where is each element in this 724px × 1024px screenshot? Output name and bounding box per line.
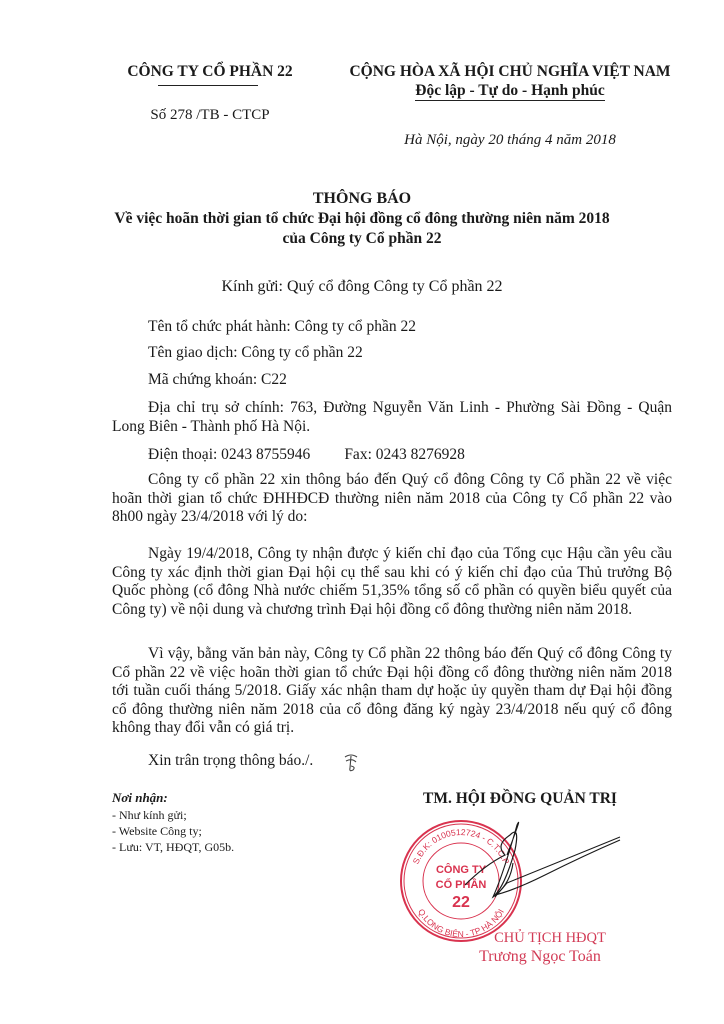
issuer-line: Tên tổ chức phát hành: Công ty cổ phần 2… [148,318,416,336]
board-signatory-title: TM. HỘI ĐỒNG QUẢN TRỊ [400,790,640,808]
contact-line: Điện thoại: 0243 8755946Fax: 0243 827692… [148,446,465,464]
chairman-name: Trương Ngọc Toán [440,948,640,966]
recipients-label: Nơi nhận: [112,790,168,806]
company-name: CÔNG TY CỔ PHẦN 22 [110,63,310,81]
address-line: Địa chỉ trụ sở chính: 763, Đường Nguyễn … [112,398,672,436]
motto-text: Độc lập - Tự do - Hạnh phúc [415,82,604,101]
national-motto: Độc lập - Tự do - Hạnh phúc [340,82,680,100]
company-name-underline [158,85,258,86]
document-subtitle: Về việc hoãn thời gian tổ chức Đại hội đ… [60,209,664,249]
handwritten-signature [465,815,625,925]
body-paragraph-2: Ngày 19/4/2018, Công ty nhận được ý kiến… [112,545,672,619]
subtitle-line-1: Về việc hoãn thời gian tổ chức Đại hội đ… [60,209,664,229]
document-number: Số 278 /TB - CTCP [110,107,310,124]
phone-number: Điện thoại: 0243 8755946 [148,446,310,463]
national-title: CỘNG HÒA XÃ HỘI CHỦ NGHĨA VIỆT NAM [340,63,680,81]
place-date: Hà Nội, ngày 20 tháng 4 năm 2018 [340,132,680,149]
initial-scribble-icon [342,752,360,774]
fax-number: Fax: 0243 8276928 [344,446,465,463]
body-paragraph-3: Vì vậy, bằng văn bản này, Công ty Cổ phầ… [112,645,672,738]
body-paragraph-1: Công ty cổ phần 22 xin thông báo đến Quý… [112,471,672,527]
recipient-item: - Lưu: VT, HĐQT, G05b. [112,840,234,855]
recipient-item: - Như kính gửi; [112,808,187,823]
closing-line: Xin trân trọng thông báo./. [148,752,313,770]
recipient-item: - Website Công ty; [112,824,202,839]
trade-name-line: Tên giao dịch: Công ty cổ phần 22 [148,344,363,362]
handwritten-initial [342,752,360,779]
subtitle-line-2: của Công ty Cổ phần 22 [60,229,664,249]
salutation: Kính gửi: Quý cổ đông Công ty Cổ phần 22 [60,278,664,296]
stock-code-line: Mã chứng khoán: C22 [148,371,287,389]
document-title: THÔNG BÁO [60,190,664,208]
chairman-title: CHỦ TỊCH HĐQT [455,930,645,947]
